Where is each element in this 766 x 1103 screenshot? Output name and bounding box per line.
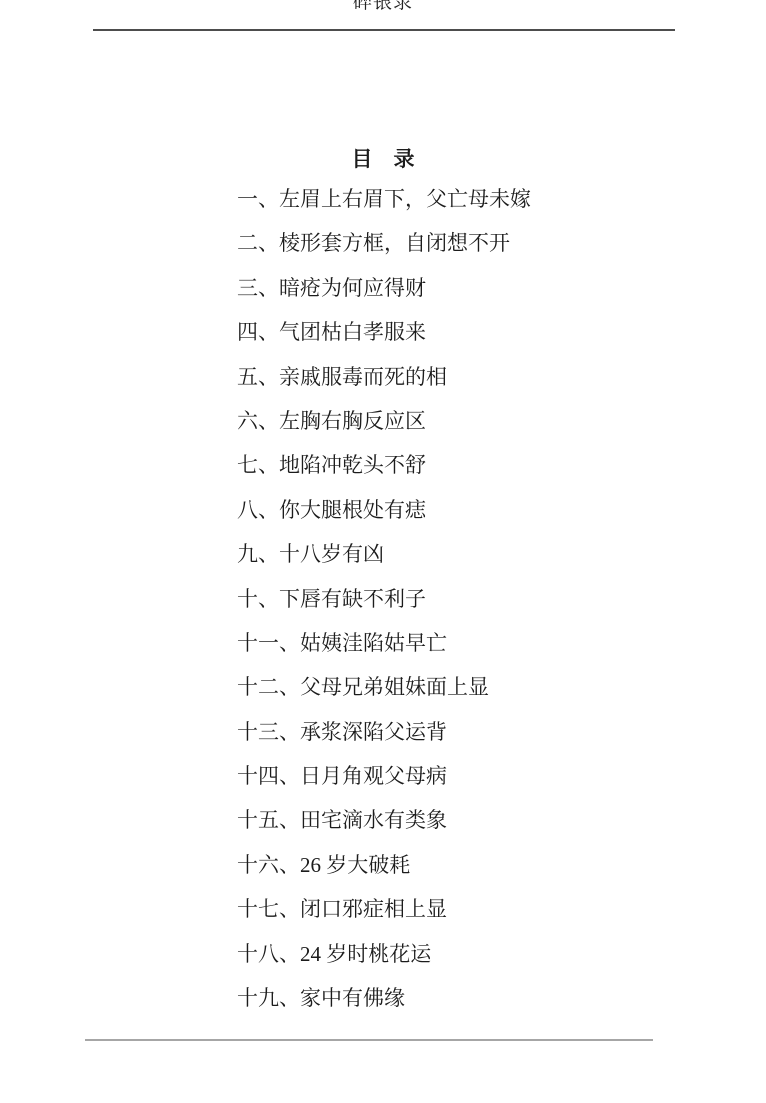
toc-entry-13: 十三、承浆深陷父运背 bbox=[237, 710, 726, 754]
toc-entry-17: 十七、闭口邪症相上显 bbox=[237, 887, 726, 931]
toc-entry-6: 六、左胸右胸反应区 bbox=[237, 399, 726, 443]
toc-entry-9: 九、十八岁有凶 bbox=[237, 532, 726, 576]
header-rule bbox=[93, 29, 675, 31]
toc-entry-8: 八、你大腿根处有痣 bbox=[237, 488, 726, 532]
toc-entry-12: 十二、父母兄弟姐妹面上显 bbox=[237, 665, 726, 709]
document-page: 碎银录 目 录 一、左眉上右眉下，父亡母未嫁 二、棱形套方框，自闭想不开 三、暗… bbox=[0, 0, 766, 1103]
footer-rule bbox=[85, 1039, 653, 1041]
toc-entry-18: 十八、24 岁时桃花运 bbox=[237, 932, 726, 976]
toc-entry-14: 十四、日月角观父母病 bbox=[237, 754, 726, 798]
toc-entry-10: 十、下唇有缺不利子 bbox=[237, 577, 726, 621]
toc-list: 一、左眉上右眉下，父亡母未嫁 二、棱形套方框，自闭想不开 三、暗疮为何应得财 四… bbox=[237, 177, 726, 1020]
toc-entry-15: 十五、田宅滴水有类象 bbox=[237, 798, 726, 842]
running-header-title: 碎银录 bbox=[0, 0, 766, 13]
toc-entry-4: 四、气团枯白孝服来 bbox=[237, 310, 726, 354]
toc-entry-16: 十六、26 岁大破耗 bbox=[237, 843, 726, 887]
toc-entry-7: 七、地陷冲乾头不舒 bbox=[237, 443, 726, 487]
toc-entry-5: 五、亲戚服毒而死的相 bbox=[237, 355, 726, 399]
toc-entry-19: 十九、家中有佛缘 bbox=[237, 976, 726, 1020]
toc-entry-1: 一、左眉上右眉下，父亡母未嫁 bbox=[237, 177, 726, 221]
toc-entry-2: 二、棱形套方框，自闭想不开 bbox=[237, 221, 726, 265]
toc-entry-3: 三、暗疮为何应得财 bbox=[237, 266, 726, 310]
toc-heading: 目 录 bbox=[0, 143, 766, 173]
toc-entry-11: 十一、姑姨洼陷姑早亡 bbox=[237, 621, 726, 665]
